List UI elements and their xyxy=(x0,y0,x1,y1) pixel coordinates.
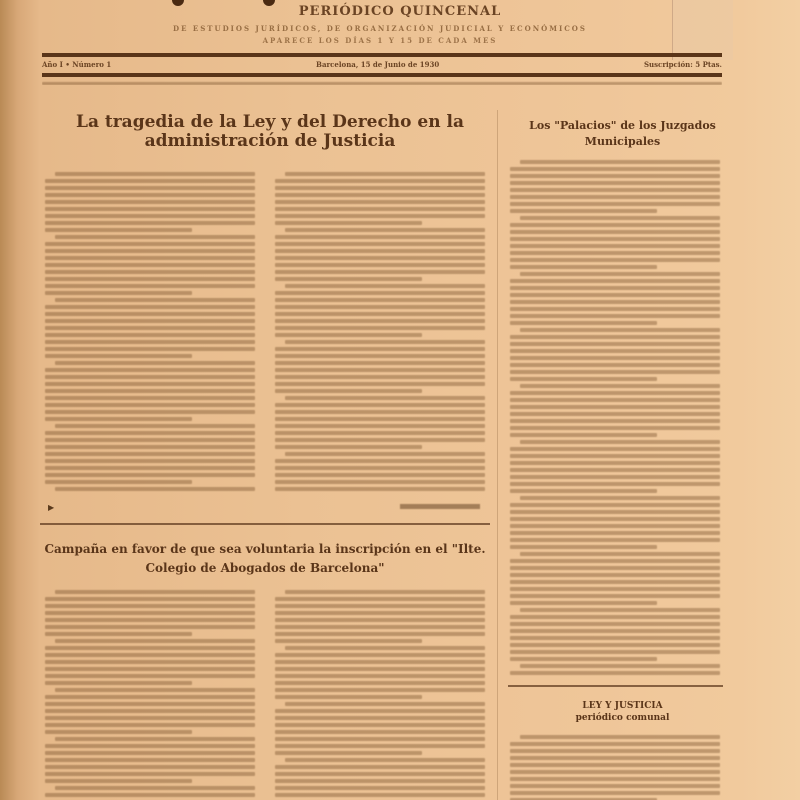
illegible-text-line xyxy=(55,487,255,491)
illegible-text-line xyxy=(45,375,255,379)
masthead-rule xyxy=(42,53,722,57)
illegible-text-line xyxy=(275,723,485,727)
illegible-text-line xyxy=(55,688,255,692)
illegible-text-line xyxy=(45,179,255,183)
illegible-text-line xyxy=(275,487,485,491)
illegible-text-line xyxy=(285,396,485,400)
illegible-text-line xyxy=(510,349,720,353)
illegible-text-line xyxy=(275,688,485,692)
illegible-text-line xyxy=(45,256,255,260)
illegible-text-line xyxy=(510,251,720,255)
illegible-text-line xyxy=(275,765,485,769)
illegible-text-line xyxy=(510,784,720,788)
illegible-text-line xyxy=(275,235,485,239)
illegible-text-line xyxy=(510,433,657,437)
illegible-text-line xyxy=(275,270,485,274)
illegible-text-line xyxy=(45,744,255,748)
illegible-text-line xyxy=(510,265,657,269)
illegible-text-line xyxy=(520,160,720,164)
illegible-text-line xyxy=(285,228,485,232)
illegible-text-line xyxy=(45,646,255,650)
column-separator xyxy=(497,110,498,800)
illegible-text-line xyxy=(510,335,720,339)
illegible-text-line xyxy=(275,424,485,428)
illegible-text-line xyxy=(510,615,720,619)
illegible-text-line xyxy=(45,354,192,358)
illegible-text-line xyxy=(45,625,255,629)
masthead-logo-fragment xyxy=(172,0,184,6)
illegible-text-line xyxy=(45,221,255,225)
illegible-text-line xyxy=(285,284,485,288)
illegible-text-line xyxy=(510,314,720,318)
illegible-text-line xyxy=(510,209,657,213)
illegible-text-line xyxy=(510,370,720,374)
illegible-text-line xyxy=(510,363,720,367)
illegible-text-line xyxy=(275,466,485,470)
illegible-text-line xyxy=(275,305,485,309)
illegible-text-line xyxy=(510,223,720,227)
illegible-text-line xyxy=(510,587,720,591)
illegible-text-line xyxy=(510,756,720,760)
illegible-text-line xyxy=(55,424,255,428)
illegible-text-line xyxy=(275,667,485,671)
illegible-text-line xyxy=(510,307,720,311)
illegible-text-line xyxy=(275,695,422,699)
illegible-text-line xyxy=(45,674,255,678)
illegible-text-line xyxy=(275,744,485,748)
illegible-text-line xyxy=(275,597,485,601)
illegible-text-line xyxy=(45,730,192,734)
illegible-text-line xyxy=(45,632,192,636)
illegible-text-line xyxy=(45,277,255,281)
illegible-text-line xyxy=(275,193,485,197)
illegible-text-line xyxy=(275,480,485,484)
illegible-text-line xyxy=(275,361,485,365)
illegible-text-line xyxy=(275,674,485,678)
illegible-text-line xyxy=(275,681,485,685)
continued-marker-icon: ▶ xyxy=(48,503,54,512)
illegible-text-line xyxy=(45,758,255,762)
masthead-subtitle: DE ESTUDIOS JURÍDICOS, DE ORGANIZACIÓN J… xyxy=(60,24,700,33)
illegible-text-line xyxy=(510,181,720,185)
subscription-price: Suscripción: 5 Ptas. xyxy=(644,60,722,69)
illegible-text-line xyxy=(510,545,657,549)
illegible-text-line xyxy=(510,791,720,795)
paper-stamp-area xyxy=(672,0,733,60)
illegible-text-line xyxy=(510,461,720,465)
illegible-text-line xyxy=(275,772,485,776)
illegible-text-line xyxy=(45,326,255,330)
editorial-address-bar xyxy=(42,80,722,85)
second-article-column-1 xyxy=(45,590,255,797)
masthead-subtitle-2: APARECE LOS DÍAS 1 Y 15 DE CADA MES xyxy=(60,36,700,45)
illegible-text-line xyxy=(275,389,422,393)
second-article-column-2 xyxy=(275,590,485,797)
illegible-text-line xyxy=(45,779,192,783)
masthead-title: PERIÓDICO QUINCENAL xyxy=(280,4,520,19)
illegible-text-line xyxy=(45,242,255,246)
illegible-text-line xyxy=(55,361,255,365)
illegible-text-line xyxy=(510,230,720,234)
illegible-text-line xyxy=(510,510,720,514)
illegible-text-line xyxy=(45,681,192,685)
illegible-text-line xyxy=(510,293,720,297)
illegible-text-line xyxy=(45,186,255,190)
illegible-text-line xyxy=(45,305,255,309)
illegible-text-line xyxy=(275,611,485,615)
illegible-text-line xyxy=(275,347,485,351)
article-divider xyxy=(40,523,490,525)
illegible-text-line xyxy=(285,172,485,176)
illegible-text-line xyxy=(520,272,720,276)
illegible-text-line xyxy=(520,664,720,668)
main-article-column-1 xyxy=(45,172,255,491)
info-bar-rule xyxy=(42,73,722,77)
illegible-text-line xyxy=(520,735,720,739)
illegible-text-line xyxy=(275,660,485,664)
issue-info-bar: Año I • Número 1 Barcelona, 15 de Junio … xyxy=(42,60,722,69)
illegible-text-line xyxy=(275,709,485,713)
illegible-text-line xyxy=(285,452,485,456)
illegible-text-line xyxy=(45,403,255,407)
illegible-text-line xyxy=(45,200,255,204)
illegible-text-line xyxy=(55,737,255,741)
side-article-headline: Los "Palacios" de los Juzgados Municipal… xyxy=(505,118,740,150)
illegible-text-line xyxy=(45,667,255,671)
illegible-text-line xyxy=(45,207,255,211)
illegible-text-line xyxy=(510,447,720,451)
illegible-text-line xyxy=(45,333,255,337)
illegible-text-line xyxy=(55,235,255,239)
illegible-text-line xyxy=(520,328,720,332)
notice-subtitle: periódico comunal xyxy=(505,712,740,724)
illegible-text-line xyxy=(275,186,485,190)
illegible-text-line xyxy=(510,419,720,423)
illegible-text-line xyxy=(275,179,485,183)
illegible-text-line xyxy=(510,749,720,753)
illegible-text-line xyxy=(510,167,720,171)
illegible-text-line xyxy=(275,431,485,435)
illegible-text-line xyxy=(275,368,485,372)
illegible-text-line xyxy=(275,779,485,783)
illegible-text-line xyxy=(510,286,720,290)
illegible-text-line xyxy=(55,172,255,176)
illegible-text-line xyxy=(510,566,720,570)
second-article-headline: Campaña en favor de que sea voluntaria l… xyxy=(30,540,500,578)
illegible-text-line xyxy=(45,459,255,463)
masthead-logo-fragment xyxy=(263,0,275,6)
illegible-text-line xyxy=(275,333,422,337)
illegible-text-line xyxy=(275,207,485,211)
illegible-text-line xyxy=(45,597,255,601)
illegible-text-line xyxy=(45,480,192,484)
illegible-text-line xyxy=(275,326,485,330)
illegible-text-line xyxy=(520,216,720,220)
illegible-text-line xyxy=(275,793,485,797)
illegible-text-line xyxy=(520,496,720,500)
illegible-text-line xyxy=(285,590,485,594)
illegible-text-line xyxy=(45,340,255,344)
illegible-text-line xyxy=(275,200,485,204)
illegible-text-line xyxy=(45,312,255,316)
illegible-text-line xyxy=(45,723,255,727)
illegible-text-line xyxy=(510,391,720,395)
illegible-text-line xyxy=(510,258,720,262)
illegible-text-line xyxy=(275,256,485,260)
illegible-text-line xyxy=(45,604,255,608)
illegible-text-line xyxy=(510,770,720,774)
illegible-text-line xyxy=(45,249,255,253)
illegible-text-line xyxy=(275,730,485,734)
illegible-text-line xyxy=(510,475,720,479)
illegible-text-line xyxy=(510,629,720,633)
illegible-text-line xyxy=(45,270,255,274)
illegible-text-line xyxy=(45,396,255,400)
illegible-text-line xyxy=(45,228,192,232)
illegible-text-line xyxy=(510,412,720,416)
illegible-text-line xyxy=(510,517,720,521)
illegible-text-line xyxy=(510,763,720,767)
issue-number: Año I • Número 1 xyxy=(42,60,111,69)
illegible-text-line xyxy=(275,625,485,629)
illegible-text-line xyxy=(55,786,255,790)
illegible-text-line xyxy=(510,195,720,199)
illegible-text-line xyxy=(275,639,422,643)
illegible-text-line xyxy=(285,340,485,344)
illegible-text-line xyxy=(45,702,255,706)
illegible-text-line xyxy=(510,237,720,241)
illegible-text-line xyxy=(510,742,720,746)
illegible-text-line xyxy=(510,188,720,192)
illegible-text-line xyxy=(510,643,720,647)
main-article-headline: La tragedia de la Ley y del Derecho en l… xyxy=(40,113,500,151)
illegible-text-line xyxy=(275,221,422,225)
illegible-text-line xyxy=(55,298,255,302)
illegible-text-line xyxy=(45,382,255,386)
illegible-text-line xyxy=(275,410,485,414)
illegible-text-line xyxy=(45,438,255,442)
illegible-text-line xyxy=(45,431,255,435)
illegible-text-line xyxy=(275,382,485,386)
notice-title: LEY Y JUSTICIA xyxy=(505,700,740,712)
illegible-text-line xyxy=(510,538,720,542)
illegible-text-line xyxy=(285,702,485,706)
illegible-text-line xyxy=(510,482,720,486)
illegible-text-line xyxy=(520,440,720,444)
illegible-text-line xyxy=(55,590,255,594)
illegible-text-line xyxy=(45,284,255,288)
illegible-text-line xyxy=(45,765,255,769)
notice-headline: LEY Y JUSTICIA periódico comunal xyxy=(505,700,740,724)
illegible-text-line xyxy=(275,375,485,379)
illegible-text-line xyxy=(510,202,720,206)
illegible-text-line xyxy=(275,291,485,295)
illegible-text-line xyxy=(45,772,255,776)
illegible-text-line xyxy=(275,242,485,246)
illegible-text-line xyxy=(510,300,720,304)
illegible-text-line xyxy=(275,459,485,463)
illegible-text-line xyxy=(45,263,255,267)
illegible-text-line xyxy=(510,377,657,381)
illegible-text-line xyxy=(45,660,255,664)
illegible-text-line xyxy=(45,611,255,615)
illegible-text-line xyxy=(45,793,255,797)
illegible-text-line xyxy=(510,279,720,283)
illegible-text-line xyxy=(510,405,720,409)
illegible-text-line xyxy=(45,291,192,295)
illegible-text-line xyxy=(45,473,255,477)
illegible-text-line xyxy=(45,214,255,218)
illegible-text-line xyxy=(45,452,255,456)
illegible-text-line xyxy=(520,608,720,612)
illegible-text-line xyxy=(45,695,255,699)
illegible-text-line xyxy=(275,445,422,449)
illegible-text-line xyxy=(45,193,255,197)
illegible-text-line xyxy=(45,410,255,414)
illegible-text-line xyxy=(510,573,720,577)
illegible-text-line xyxy=(510,321,657,325)
illegible-text-line xyxy=(510,622,720,626)
illegible-text-line xyxy=(510,398,720,402)
illegible-text-line xyxy=(275,354,485,358)
illegible-text-line xyxy=(275,312,485,316)
illegible-text-line xyxy=(520,384,720,388)
main-article-signature xyxy=(400,504,480,509)
illegible-text-line xyxy=(285,758,485,762)
illegible-text-line xyxy=(275,263,485,267)
illegible-text-line xyxy=(45,618,255,622)
main-article-column-2 xyxy=(275,172,485,491)
illegible-text-line xyxy=(45,445,255,449)
illegible-text-line xyxy=(275,403,485,407)
illegible-text-line xyxy=(510,426,720,430)
illegible-text-line xyxy=(45,368,255,372)
illegible-text-line xyxy=(510,650,720,654)
illegible-text-line xyxy=(275,716,485,720)
illegible-text-line xyxy=(45,466,255,470)
illegible-text-line xyxy=(285,646,485,650)
illegible-text-line xyxy=(275,417,485,421)
illegible-text-line xyxy=(510,503,720,507)
illegible-text-line xyxy=(510,601,657,605)
illegible-text-line xyxy=(275,298,485,302)
illegible-text-line xyxy=(510,342,720,346)
side-article-column xyxy=(510,160,720,675)
illegible-text-line xyxy=(275,604,485,608)
illegible-text-line xyxy=(275,214,485,218)
illegible-text-line xyxy=(275,618,485,622)
illegible-text-line xyxy=(510,489,657,493)
illegible-text-line xyxy=(275,786,485,790)
illegible-text-line xyxy=(275,277,422,281)
illegible-text-line xyxy=(45,653,255,657)
illegible-text-line xyxy=(45,709,255,713)
illegible-text-line xyxy=(520,552,720,556)
issue-date: Barcelona, 15 de Junio de 1930 xyxy=(316,60,439,69)
illegible-text-line xyxy=(45,347,255,351)
illegible-text-line xyxy=(510,657,657,661)
illegible-text-line xyxy=(275,249,485,253)
illegible-text-line xyxy=(275,751,422,755)
illegible-text-line xyxy=(510,454,720,458)
illegible-text-line xyxy=(510,356,720,360)
illegible-text-line xyxy=(55,639,255,643)
illegible-text-line xyxy=(510,524,720,528)
side-article-divider xyxy=(508,685,723,687)
illegible-text-line xyxy=(510,559,720,563)
illegible-text-line xyxy=(510,531,720,535)
illegible-text-line xyxy=(510,244,720,248)
illegible-text-line xyxy=(510,777,720,781)
illegible-text-line xyxy=(275,319,485,323)
illegible-text-line xyxy=(275,653,485,657)
notice-body xyxy=(510,735,720,800)
illegible-text-line xyxy=(275,473,485,477)
illegible-text-line xyxy=(275,632,485,636)
illegible-text-line xyxy=(275,438,485,442)
illegible-text-line xyxy=(45,716,255,720)
illegible-text-line xyxy=(510,174,720,178)
illegible-text-line xyxy=(45,751,255,755)
illegible-text-line xyxy=(510,594,720,598)
illegible-text-line xyxy=(510,671,720,675)
illegible-text-line xyxy=(45,417,192,421)
illegible-text-line xyxy=(510,636,720,640)
illegible-text-line xyxy=(45,319,255,323)
illegible-text-line xyxy=(510,580,720,584)
illegible-text-line xyxy=(275,737,485,741)
illegible-text-line xyxy=(45,389,255,393)
illegible-text-line xyxy=(510,468,720,472)
